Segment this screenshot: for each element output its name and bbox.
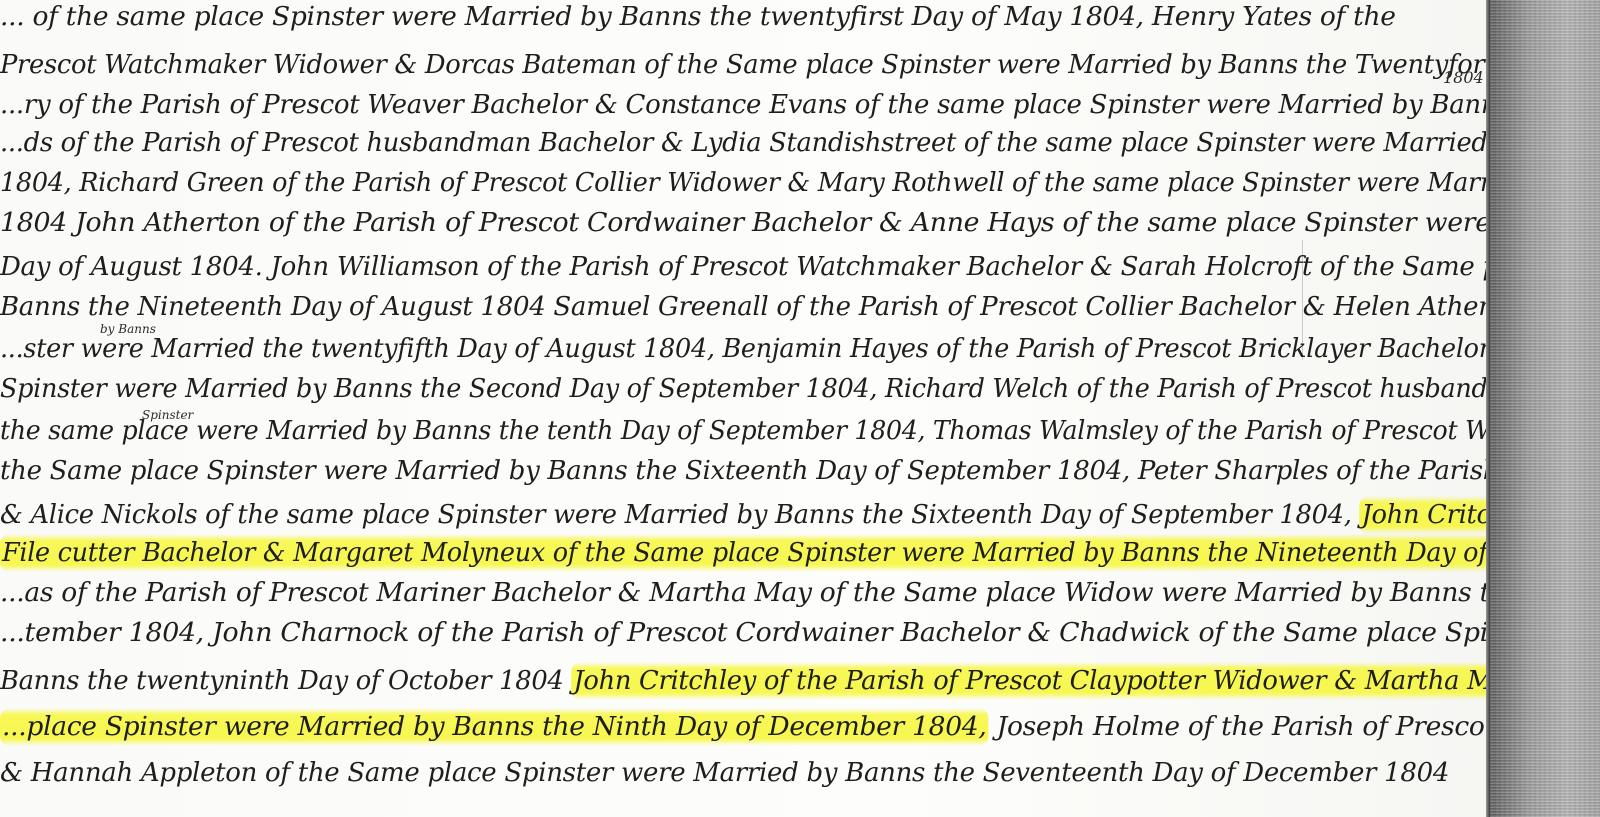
entry-line-17: Banns the twentyninth Day of October 180… (0, 666, 1551, 696)
line-text: ...tember 1804, John Charnock of the Par… (0, 618, 1600, 648)
line-text: Banns the Nineteenth Day of August 1804 … (0, 292, 1600, 322)
entry-line-11: the same place were Married by Banns the… (0, 416, 1600, 446)
line-text: Banns the twentyninth Day of October 180… (0, 666, 571, 696)
entry-line-15: ...as of the Parish of Prescot Mariner B… (0, 578, 1600, 608)
book-binding (1490, 0, 1600, 817)
entry-line-1: ... of the same place Spinster were Marr… (0, 2, 1396, 32)
entry-line-2: Prescot Watchmaker Widower & Dorcas Bate… (0, 50, 1600, 80)
interlinear-note: by Banns (100, 322, 156, 336)
register-scan: ... of the same place Spinster were Marr… (0, 0, 1600, 817)
entry-line-18: ...place Spinster were Married by Banns … (0, 712, 1600, 742)
highlighted-text: ...place Spinster were Married by Banns … (0, 708, 989, 746)
line-text: ... of the same place Spinster were Marr… (0, 2, 1396, 32)
line-text: ...ster were Married the twentyfifth Day… (0, 334, 1600, 364)
entry-line-10: Spinster were Married by Banns the Secon… (0, 374, 1600, 404)
entry-line-19: & Hannah Appleton of the Same place Spin… (0, 758, 1449, 788)
line-text: the Same place Spinster were Married by … (0, 456, 1600, 486)
highlighted-text: John Critchley of the Parish of Prescot … (571, 662, 1551, 700)
register-page: ... of the same place Spinster were Marr… (0, 0, 1488, 817)
line-text: 1804 John Atherton of the Parish of Pres… (0, 208, 1600, 238)
line-text: Spinster were Married by Banns the Secon… (0, 374, 1600, 404)
entry-line-5: 1804, Richard Green of the Parish of Pre… (0, 168, 1600, 198)
line-text: 1804, Richard Green of the Parish of Pre… (0, 168, 1600, 198)
highlighted-text: File cutter Bachelor & Margaret Molyneux… (0, 534, 1600, 572)
entry-line-8: Banns the Nineteenth Day of August 1804 … (0, 292, 1600, 322)
entry-line-3: ...ry of the Parish of Prescot Weaver Ba… (0, 90, 1600, 120)
entry-line-12: the Same place Spinster were Married by … (0, 456, 1600, 486)
line-text: ...ds of the Parish of Prescot husbandma… (0, 128, 1600, 158)
line-text: & Hannah Appleton of the Same place Spin… (0, 758, 1449, 788)
entry-line-7: Day of August 1804. John Williamson of t… (0, 252, 1600, 282)
interlinear-note: Spinster (142, 408, 193, 422)
line-text: & Alice Nickols of the same place Spinst… (0, 500, 1360, 530)
margin-year-note: 1804 (1443, 68, 1484, 87)
entry-line-14: File cutter Bachelor & Margaret Molyneux… (0, 538, 1600, 568)
entry-line-6: 1804 John Atherton of the Parish of Pres… (0, 208, 1600, 238)
entry-line-9: ...ster were Married the twentyfifth Day… (0, 334, 1600, 364)
line-text: Day of August 1804. John Williamson of t… (0, 252, 1600, 282)
entry-line-16: ...tember 1804, John Charnock of the Par… (0, 618, 1600, 648)
entry-line-4: ...ds of the Parish of Prescot husbandma… (0, 128, 1600, 158)
entry-line-13: & Alice Nickols of the same place Spinst… (0, 500, 1600, 530)
line-text: ...as of the Parish of Prescot Mariner B… (0, 578, 1600, 608)
line-text: ...ry of the Parish of Prescot Weaver Ba… (0, 90, 1600, 120)
line-text: the same place were Married by Banns the… (0, 416, 1600, 446)
line-text: Prescot Watchmaker Widower & Dorcas Bate… (0, 50, 1600, 80)
